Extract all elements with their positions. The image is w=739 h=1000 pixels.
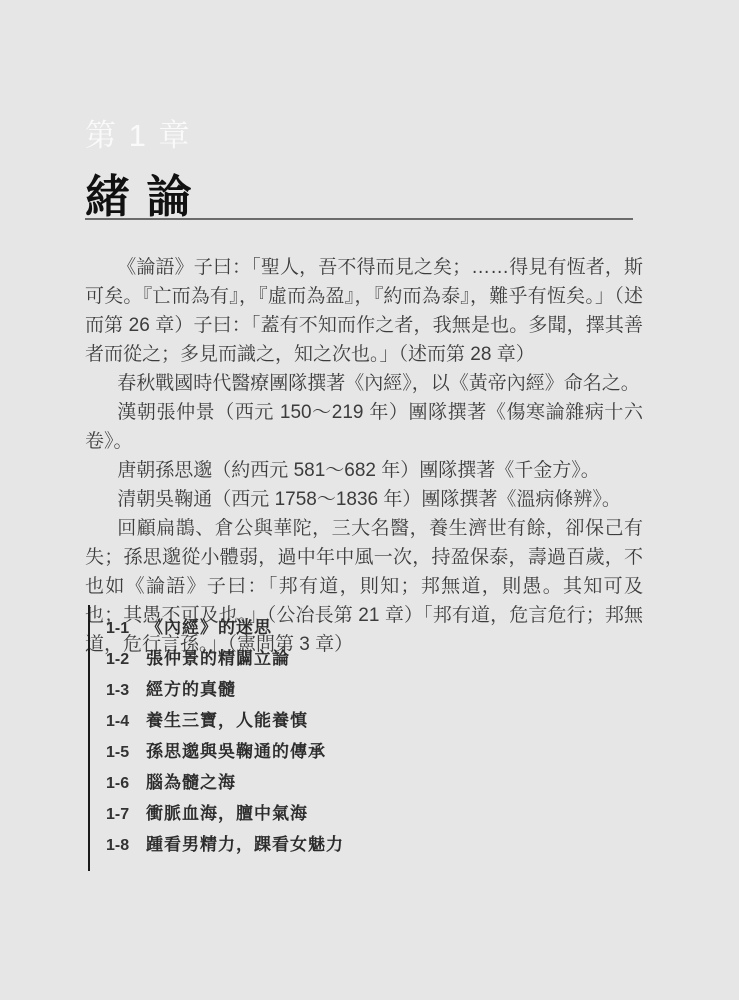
section-item: 1-4 養生三寶，人能養慎 xyxy=(106,706,344,737)
chapter-label: 第 1 章 xyxy=(85,110,191,155)
section-title: 踵看男精力，踝看女魅力 xyxy=(146,830,344,855)
section-item: 1-6 腦為髓之海 xyxy=(106,768,344,799)
section-number: 1-7 xyxy=(106,806,146,824)
body-paragraph: 漢朝張仲景（西元 150～219 年）團隊撰著《傷寒論雜病十六卷》。 xyxy=(85,398,643,456)
section-item: 1-1 《內經》的迷思 xyxy=(106,613,344,644)
section-title: 孫思邈與吳鞠通的傳承 xyxy=(146,737,326,762)
section-number: 1-4 xyxy=(106,713,146,731)
body-text-block: 《論語》子曰：「聖人，吾不得而見之矣；……得見有恆者，斯可矣。『亡而為有』，『虛… xyxy=(85,253,643,659)
section-title: 腦為髓之海 xyxy=(146,768,236,793)
section-list: 1-1 《內經》的迷思 1-2 張仲景的精闢立論 1-3 經方的真髓 1-4 養… xyxy=(88,605,344,871)
section-item: 1-7 衝脈血海，膻中氣海 xyxy=(106,799,344,830)
section-item: 1-3 經方的真髓 xyxy=(106,675,344,706)
section-number: 1-1 xyxy=(106,620,146,638)
section-number: 1-8 xyxy=(106,837,146,855)
title-divider-rule xyxy=(85,218,633,220)
book-page: 第 1 章 緒 論 《論語》子曰：「聖人，吾不得而見之矣；……得見有恆者，斯可矣… xyxy=(0,0,739,1000)
section-item: 1-5 孫思邈與吳鞠通的傳承 xyxy=(106,737,344,768)
section-number: 1-2 xyxy=(106,651,146,669)
section-title: 衝脈血海，膻中氣海 xyxy=(146,799,308,824)
body-paragraph: 春秋戰國時代醫療團隊撰著《內經》，以《黃帝內經》命名之。 xyxy=(85,369,643,398)
section-number: 1-6 xyxy=(106,775,146,793)
section-number: 1-3 xyxy=(106,682,146,700)
section-title: 《內經》的迷思 xyxy=(146,613,272,638)
section-title: 張仲景的精闢立論 xyxy=(146,644,290,669)
body-paragraph: 清朝吳鞠通（西元 1758～1836 年）團隊撰著《溫病條辨》。 xyxy=(85,485,643,514)
section-item: 1-2 張仲景的精闢立論 xyxy=(106,644,344,675)
section-item: 1-8 踵看男精力，踝看女魅力 xyxy=(106,830,344,861)
section-title: 經方的真髓 xyxy=(146,675,236,700)
chapter-title: 緒 論 xyxy=(85,160,194,225)
section-title: 養生三寶，人能養慎 xyxy=(146,706,308,731)
body-paragraph: 唐朝孫思邈（約西元 581～682 年）團隊撰著《千金方》。 xyxy=(85,456,643,485)
body-paragraph: 《論語》子曰：「聖人，吾不得而見之矣；……得見有恆者，斯可矣。『亡而為有』，『虛… xyxy=(85,253,643,369)
section-number: 1-5 xyxy=(106,744,146,762)
